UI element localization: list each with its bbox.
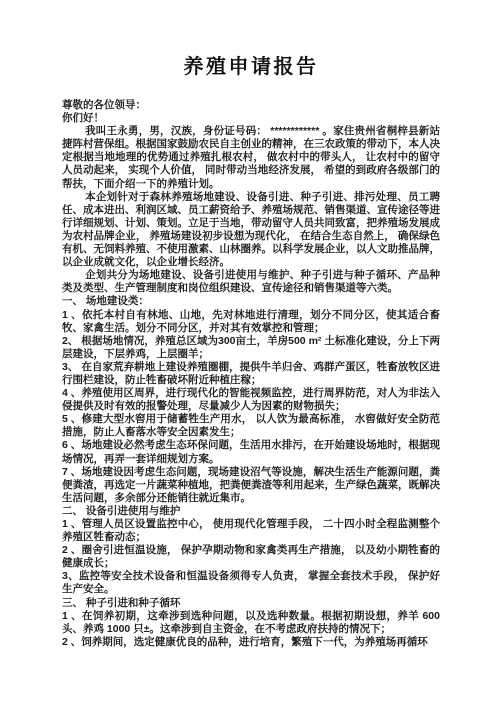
paragraph: 1 、依托本村自有林地、山地，先对林地进行清理，划分不同分区，使其适合畜牧、家禽… (62, 309, 440, 335)
paragraph: 你们好！ (62, 112, 440, 125)
paragraph: 3、 在自家荒弃耕地上建设养殖圈棚，提供牛羊归舍、鸡群产蛋区，牲畜放牧区进行围栏… (62, 361, 440, 387)
paragraph: 6 、场地建设必然考虑生态环保问题，生活用水排污，在开始建设场地时，根据现场情况… (62, 439, 440, 465)
document-title: 养殖申请报告 (62, 55, 440, 79)
paragraph: 二、 设备引进使用与维护 (62, 505, 440, 518)
document-page: 养殖申请报告 尊敬的各位领导：你们好！我叫王永勇，男，汉族，身份证号码： ***… (0, 0, 500, 708)
paragraph: 1 、管理人员区设置监控中心， 使用现代化管理手段， 二十四小时全程监测整个养殖… (62, 518, 440, 544)
paragraph: 1 、在饲养初期，这牵涉到选种问题，以及选种数量。根据初期设想，养羊 600头、… (62, 610, 440, 636)
document-body: 尊敬的各位领导：你们好！我叫王永勇，男，汉族，身份证号码： **********… (62, 99, 440, 649)
paragraph: 4 、养殖使用区周界，进行现代化的智能视频监控，进行周界防范，对人为非法入侵提供… (62, 387, 440, 413)
paragraph: 2 、圈舍引进恒温设施， 保护孕期动物和家禽类再生产措施， 以及幼小期牲畜的健康… (62, 544, 440, 570)
paragraph: 三、 种子引进和种子循环 (62, 597, 440, 610)
paragraph: 7 、场地建设因考虑生态问题，现场建设沼气等设施，解决生活生产能源问题，粪便粪渣… (62, 466, 440, 505)
paragraph: 尊敬的各位领导： (62, 99, 440, 112)
paragraph: 本企划针对于森林养殖场地建设、设备引进、种子引进、排污处理、员工聘任、成本进出、… (62, 191, 440, 270)
paragraph: 2 、饲养期间，选定健康优良的品种，进行培育，繁殖下一代，为养殖场再循环 (62, 636, 440, 649)
paragraph: 企划共分为场地建设、设备引进使用与维护、种子引进与种子循环、产品种类及类型、生产… (62, 269, 440, 295)
paragraph: 5 、修建大型水窖用于储蓄牲生产用水， 以人饮为最高标准， 水窖做好安全防范措施… (62, 413, 440, 439)
paragraph: 3、监控等安全技术设备和恒温设备须得专人负责， 掌握全套技术手段， 保护好生产安… (62, 570, 440, 596)
paragraph: 我叫王永勇，男，汉族，身份证号码： ************ 。家住贵州省桐梓县… (62, 125, 440, 190)
paragraph: 2、 根据场地情况，养殖总区域为300亩土，羊房500 m² 土标准化建设，分上… (62, 335, 440, 361)
paragraph: 一、 场地建设类： (62, 295, 440, 308)
